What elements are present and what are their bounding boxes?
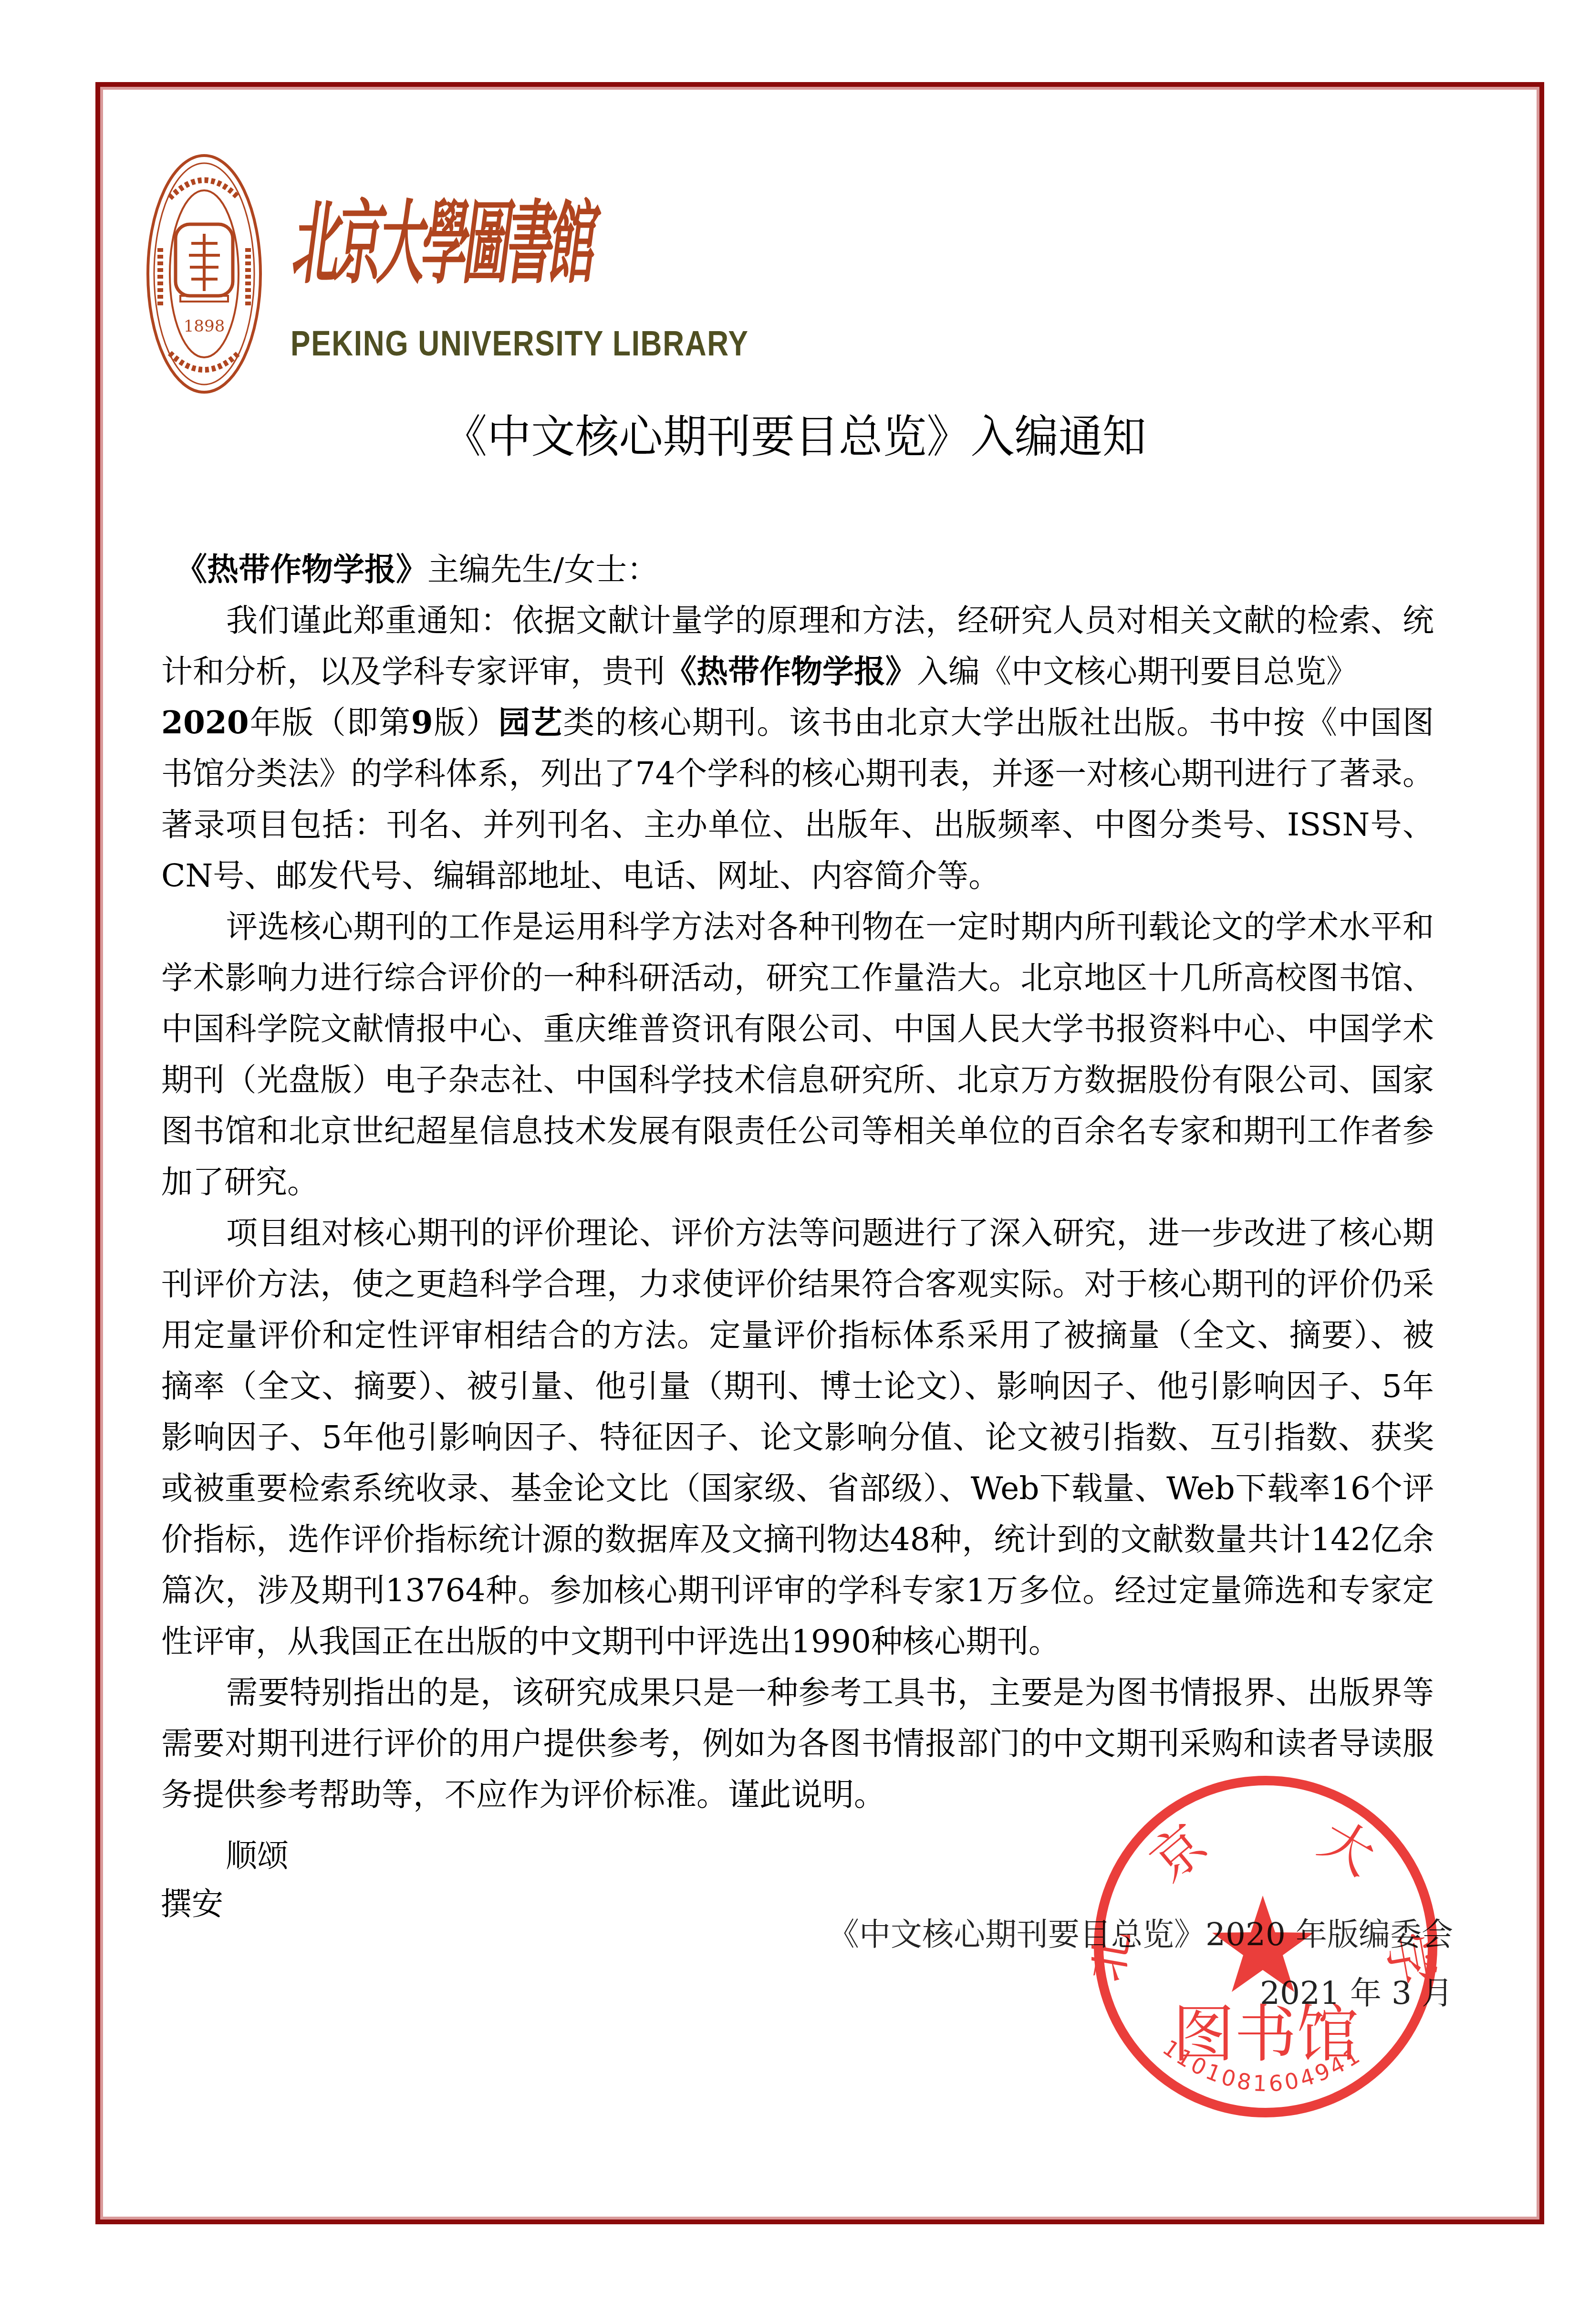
closing-line-1: 顺颂 [226, 1834, 289, 1877]
text-segment: 评选核心期刊的工作是运用科学方法对各种刊物在一定时期内所刊载论文的学术水平和学术… [161, 908, 1434, 1200]
page-title-text: 《中文核心期刊要目总览》入编通知 [444, 411, 1147, 464]
text-segment: 入编《中文核心期刊要目总览》 [917, 653, 1358, 690]
salutation-rest: 主编先生/女士： [427, 551, 658, 588]
official-seal-stamp-icon: 京 大 北 学 图书馆 1101081604941 [1091, 1774, 1440, 2120]
university-seal-icon: 1898 [146, 153, 262, 395]
paragraph-2: 评选核心期刊的工作是运用科学方法对各种刊物在一定时期内所刊载论文的学术水平和学术… [161, 901, 1434, 1208]
edition-year: 2020 [161, 704, 249, 741]
letter-body: 《热带作物学报》主编先生/女士： 我们谨此郑重通知：依据文献计量学的原理和方法，… [161, 544, 1434, 1820]
text-segment: 版） [433, 704, 499, 741]
letterhead-logo: 1898 北京大學圖書館 PEKING UNIVERSITY LIBRARY [143, 150, 620, 398]
institution-name-cn: 北京大學圖書館 [291, 188, 589, 298]
svg-text:学: 学 [1375, 1928, 1440, 1990]
institution-name-en: PEKING UNIVERSITY LIBRARY [291, 324, 749, 363]
edition-number: 9 [411, 704, 433, 741]
closing-line-2: 撰安 [160, 1883, 223, 1926]
text-segment: 项目组对核心期刊的评价理论、评价方法等问题进行了深入研究，进一步改进了核心期刊评… [161, 1215, 1434, 1660]
journal-name: 《热带作物学报》 [176, 551, 427, 588]
salutation: 《热带作物学报》主编先生/女士： [161, 544, 1434, 595]
text-segment: 年版（即第 [249, 704, 411, 741]
paragraph-1: 我们谨此郑重通知：依据文献计量学的原理和方法，经研究人员对相关文献的检索、统计和… [161, 595, 1434, 901]
star-icon [1212, 1896, 1314, 1992]
subject-category: 园艺 [499, 704, 563, 741]
page-title: 《中文核心期刊要目总览》入编通知 [0, 411, 1590, 464]
journal-name-bold: 《热带作物学报》 [665, 653, 917, 690]
paragraph-3: 项目组对核心期刊的评价理论、评价方法等问题进行了深入研究，进一步改进了核心期刊评… [161, 1208, 1434, 1667]
svg-text:1898: 1898 [184, 317, 225, 336]
svg-text:北: 北 [1091, 1924, 1142, 1986]
